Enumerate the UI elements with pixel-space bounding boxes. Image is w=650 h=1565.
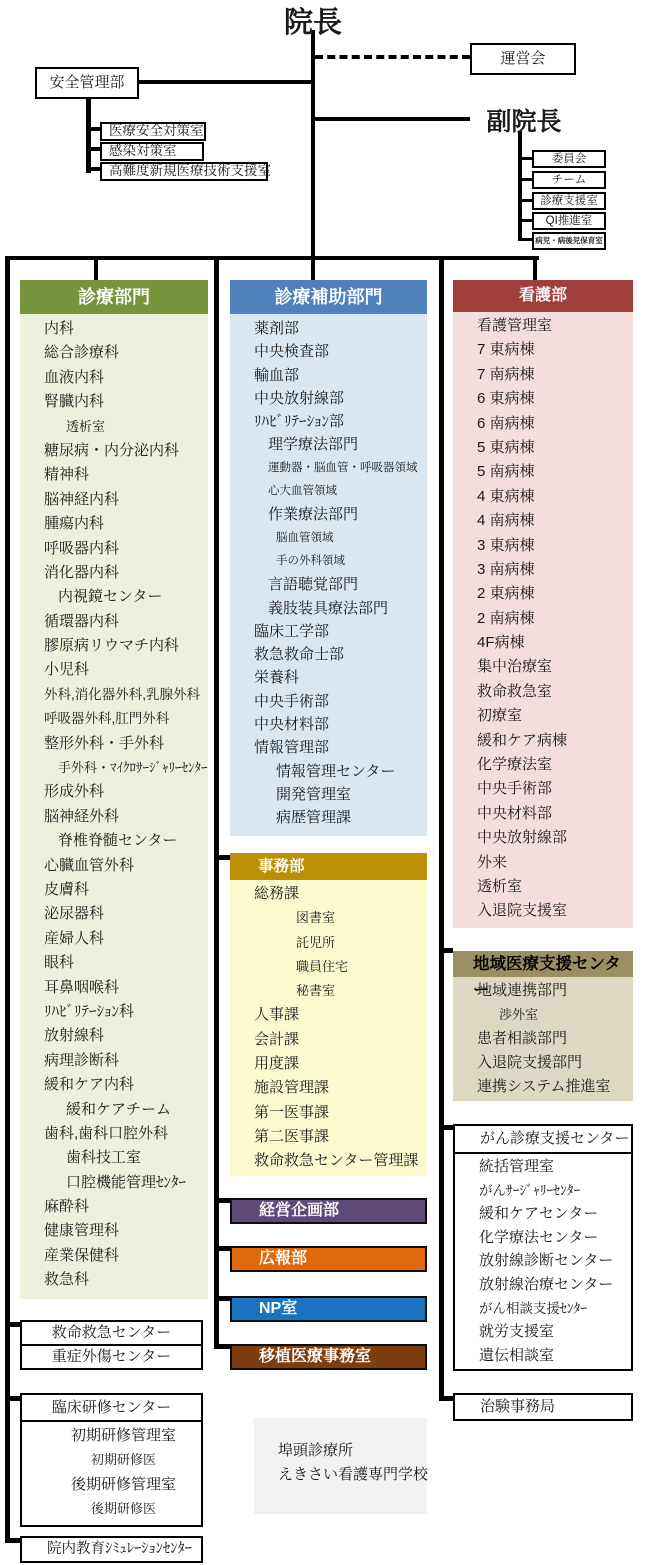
vice-child-box: QI推進室 [532, 212, 606, 230]
department-item: 情報管理部 [230, 736, 427, 759]
department-item: 脳血管領域 [230, 527, 427, 550]
department-item: 託児所 [230, 931, 427, 955]
connector-safety-stub-3 [86, 167, 100, 171]
department-item: 集中治療室 [453, 655, 633, 679]
department-item: 精神科 [20, 463, 208, 487]
medical-dept-header: 診療部門 [20, 280, 208, 314]
connector-vice-stub-3 [518, 199, 532, 202]
connector-vice-horizontal [313, 117, 470, 121]
department-item: 7 南病棟 [453, 363, 633, 387]
department-item: 就労支援室 [455, 1320, 631, 1344]
department-item: 透析室 [20, 415, 208, 439]
connector-stub-admin [214, 855, 230, 860]
department-item: 看護管理室 [453, 314, 633, 338]
connector-vice-stub-2 [518, 178, 532, 181]
np-office-band: NP室 [230, 1296, 427, 1322]
department-item: 中央放射線部 [453, 826, 633, 850]
connector-vice-stub-5 [518, 238, 532, 241]
department-item: 2 南病棟 [453, 607, 633, 631]
pr-dept-band: 広報部 [230, 1246, 427, 1272]
department-item: 心臓血管外科 [20, 854, 208, 878]
department-item: 渉外室 [453, 1003, 633, 1027]
department-item: 患者相談部門 [453, 1027, 633, 1051]
safety-child-box: 医療安全対策室 [100, 122, 206, 141]
department-item: 3 南病棟 [453, 558, 633, 582]
department-item: 呼吸器内科 [20, 537, 208, 561]
vice-child-box: チーム [532, 171, 606, 189]
department-item: 第二医事課 [230, 1125, 427, 1149]
department-item: 用度課 [230, 1052, 427, 1076]
department-item: 膠原病リウマチ内科 [20, 634, 208, 658]
trauma-center-box: 重症外傷センター [20, 1344, 203, 1370]
department-item: 放射線治療センター [455, 1273, 631, 1297]
department-item: 2 東病棟 [453, 582, 633, 606]
regional-center-header: 地域医療支援センター [453, 951, 633, 977]
department-item: 秘書室 [230, 979, 427, 1003]
connector-main-horizontal [5, 256, 539, 260]
department-item: 緩和ケアセンター [455, 1202, 631, 1226]
department-item: 遺伝相談室 [455, 1344, 631, 1368]
hospital-org-chart: 院長 運営会 安全管理部 医療安全対策室 感染対策室 高難度新規医療技術支援室 … [0, 0, 650, 1565]
department-item: 栄養科 [230, 666, 427, 689]
connector-safety-horizontal [138, 80, 313, 84]
department-item: 第一医事課 [230, 1101, 427, 1125]
vice-child-box: 診療支援室 [532, 192, 606, 210]
department-item: 産婦人科 [20, 927, 208, 951]
facility-item: えきさい看護専門学校 [254, 1463, 427, 1487]
training-center-list: 初期研修管理室初期研修医後期研修管理室後期研修医 [22, 1422, 201, 1525]
connector-vice-stub-1 [518, 157, 532, 160]
external-facilities-box: 埠頭診療所えきさい看護専門学校 [254, 1418, 427, 1514]
department-item: 手の外科領域 [230, 550, 427, 573]
transplant-office-band: 移植医療事務室 [230, 1344, 427, 1370]
department-item: 皮膚科 [20, 878, 208, 902]
department-item: 中央検査部 [230, 340, 427, 363]
connector-middle-spine [214, 256, 219, 1349]
department-item: 腎臓内科 [20, 390, 208, 414]
department-item: 放射線診断センター [455, 1249, 631, 1273]
department-item: 作業療法部門 [230, 503, 427, 526]
connector-left-spine [5, 256, 10, 1543]
planning-dept-band: 経営企画部 [230, 1198, 427, 1224]
department-item: がん相談支援ｾﾝﾀｰ [455, 1297, 631, 1321]
department-item: 3 東病棟 [453, 534, 633, 558]
training-item: 初期研修管理室 [22, 1424, 201, 1448]
department-item: 中央手術部 [453, 777, 633, 801]
department-item: 緩和ケア病棟 [453, 729, 633, 753]
connector-stub-band-1 [214, 1198, 230, 1203]
department-item: 5 東病棟 [453, 436, 633, 460]
department-item: 脳神経外科 [20, 805, 208, 829]
department-item: 連携システム推進室 [453, 1075, 633, 1099]
department-item: 6 東病棟 [453, 387, 633, 411]
department-item: 形成外科 [20, 780, 208, 804]
connector-vice-spine [518, 131, 522, 241]
department-item: 入退院支援室 [453, 899, 633, 923]
nursing-dept-list: 看護管理室7 東病棟7 南病棟6 東病棟6 南病棟5 東病棟5 南病棟4 東病棟… [453, 312, 633, 928]
connector-council-dashed [315, 55, 470, 59]
department-item: 開発管理室 [230, 783, 427, 806]
cancer-center-header: がん診療支援センター [455, 1126, 631, 1154]
department-item: 中央材料部 [453, 802, 633, 826]
department-item: 糖尿病・内分泌内科 [20, 439, 208, 463]
department-item: 透析室 [453, 875, 633, 899]
department-item: 耳鼻咽喉科 [20, 976, 208, 1000]
department-item: 地域連携部門 [453, 979, 633, 1003]
department-item: 健康管理科 [20, 1219, 208, 1243]
department-item: 職員住宅 [230, 955, 427, 979]
department-item: 緩和ケア内科 [20, 1073, 208, 1097]
training-center-box: 臨床研修センター 初期研修管理室初期研修医後期研修管理室後期研修医 [20, 1393, 203, 1527]
department-item: 化学療法センター [455, 1226, 631, 1250]
external-facilities-list: 埠頭診療所えきさい看護専門学校 [254, 1418, 427, 1488]
department-item: 循環器内科 [20, 610, 208, 634]
connector-stub-emergency [5, 1322, 20, 1327]
department-item: 4 東病棟 [453, 485, 633, 509]
department-item: 言語聴覚部門 [230, 573, 427, 596]
connector-right-spine [439, 256, 444, 1401]
department-item: 義肢装具療法部門 [230, 597, 427, 620]
medical-dept-column: 診療部門 内科総合診療科血液内科腎臓内科透析室糖尿病・内分泌内科精神科脳神経内科… [20, 280, 208, 1299]
department-item: 外来 [453, 851, 633, 875]
department-item: 歯科技工室 [20, 1146, 208, 1170]
connector-stub-band-3 [214, 1296, 230, 1301]
department-item: 麻酔科 [20, 1195, 208, 1219]
connector-stub-band-4 [214, 1344, 230, 1349]
connector-stub-cancer [439, 1125, 453, 1130]
council-box: 運営会 [470, 43, 576, 75]
training-center-header: 臨床研修センター [22, 1395, 201, 1422]
training-item: 後期研修医 [22, 1497, 201, 1521]
training-item: 後期研修管理室 [22, 1473, 201, 1497]
department-item: 脊椎脊髄センター [20, 829, 208, 853]
department-item: 化学療法室 [453, 753, 633, 777]
department-item: 整形外科・手外科 [20, 732, 208, 756]
department-item: 口腔機能管理ｾﾝﾀｰ [20, 1171, 208, 1195]
department-item: 5 南病棟 [453, 460, 633, 484]
department-item: 施設管理課 [230, 1076, 427, 1100]
department-item: 運動器・脳血管・呼吸器領域 [230, 457, 427, 480]
department-item: 会計課 [230, 1028, 427, 1052]
connector-stub-training [5, 1396, 20, 1401]
department-item: 救命救急室 [453, 680, 633, 704]
cancer-center-box: がん診療支援センター 統括管理室がんｻｰｼﾞｬﾘｰｾﾝﾀｰ緩和ケアセンター化学療… [453, 1124, 633, 1371]
department-item: 病理診断科 [20, 1049, 208, 1073]
connector-vice-stub-4 [518, 219, 532, 222]
department-item: 輸血部 [230, 364, 427, 387]
trial-office-box: 治験事務局 [453, 1393, 633, 1421]
department-item: 4F病棟 [453, 631, 633, 655]
medical-dept-list: 内科総合診療科血液内科腎臓内科透析室糖尿病・内分泌内科精神科脳神経内科腫瘍内科呼… [20, 314, 208, 1299]
department-item: 消化器内科 [20, 561, 208, 585]
support-dept-header: 診療補助部門 [230, 280, 427, 314]
emergency-center-box: 救命救急センター [20, 1320, 203, 1346]
department-item: 理学療法部門 [230, 433, 427, 456]
admin-dept-list: 総務課図書室託児所職員住宅秘書室人事課会計課用度課施設管理課第一医事課第二医事課… [230, 880, 427, 1176]
department-item: ﾘﾊﾋﾞﾘﾃｰｼｮﾝ部 [230, 410, 427, 433]
department-item: 外科,消化器外科,乳腺外科 [20, 683, 208, 707]
vice-child-box: 病児・病後児保育室 [532, 232, 606, 250]
department-item: 小児科 [20, 658, 208, 682]
department-item: 眼科 [20, 951, 208, 975]
director-title: 院長 [258, 0, 368, 41]
connector-safety-spine [86, 98, 91, 173]
support-dept-column: 診療補助部門 薬剤部中央検査部輸血部中央放射線部ﾘﾊﾋﾞﾘﾃｰｼｮﾝ部理学療法部… [230, 280, 427, 836]
department-item: 腫瘍内科 [20, 512, 208, 536]
support-dept-list: 薬剤部中央検査部輸血部中央放射線部ﾘﾊﾋﾞﾘﾃｰｼｮﾝ部理学療法部門運動器・脳血… [230, 314, 427, 836]
department-item: ﾘﾊﾋﾞﾘﾃｰｼｮﾝ科 [20, 1000, 208, 1024]
connector-stub-trial [439, 1396, 453, 1401]
department-item: 救急救命士部 [230, 643, 427, 666]
department-item: 情報管理センター [230, 760, 427, 783]
department-item: 産業保健科 [20, 1244, 208, 1268]
simulation-center-box: 院内教育ｼﾐｭﾚｰｼｮﾝｾﾝﾀｰ [20, 1536, 203, 1563]
department-item: 歯科,歯科口腔外科 [20, 1122, 208, 1146]
department-item: 放射線科 [20, 1024, 208, 1048]
department-item: 総務課 [230, 882, 427, 906]
facility-item: 埠頭診療所 [254, 1439, 427, 1463]
department-item: 中央材料部 [230, 713, 427, 736]
department-item: 心大血管領域 [230, 480, 427, 503]
department-item: 血液内科 [20, 366, 208, 390]
department-item: 病歴管理課 [230, 806, 427, 829]
department-item: 4 南病棟 [453, 509, 633, 533]
department-item: 総合診療科 [20, 341, 208, 365]
admin-dept-column: 事務部 総務課図書室託児所職員住宅秘書室人事課会計課用度課施設管理課第一医事課第… [230, 853, 427, 1176]
department-item: 6 南病棟 [453, 412, 633, 436]
connector-stub-regional [439, 948, 453, 953]
department-item: 統括管理室 [455, 1155, 631, 1179]
connector-safety-stub-1 [86, 127, 100, 131]
department-item: 内視鏡センター [20, 585, 208, 609]
department-item: 救命救急センター管理課 [230, 1149, 427, 1173]
safety-child-box: 高難度新規医療技術支援室 [100, 162, 268, 181]
department-item: がんｻｰｼﾞｬﾘｰｾﾝﾀｰ [455, 1179, 631, 1203]
regional-center-column: 地域医療支援センター 地域連携部門渉外室患者相談部門入退院支援部門連携システム推… [453, 951, 633, 1101]
department-item: 内科 [20, 317, 208, 341]
department-item: 脳神経内科 [20, 488, 208, 512]
vice-director-title: 副院長 [478, 102, 570, 138]
connector-director-trunk [311, 30, 315, 281]
connector-safety-stub-2 [86, 147, 100, 151]
training-item: 初期研修医 [22, 1448, 201, 1472]
department-item: 薬剤部 [230, 317, 427, 340]
vice-child-box: 委員会 [532, 150, 606, 168]
nursing-dept-header: 看護部 [453, 280, 633, 312]
connector-drop-medical [94, 258, 98, 282]
department-item: 泌尿器科 [20, 902, 208, 926]
safety-dept-box: 安全管理部 [35, 67, 139, 99]
nursing-dept-column: 看護部 看護管理室7 東病棟7 南病棟6 東病棟6 南病棟5 東病棟5 南病棟4… [453, 280, 633, 928]
department-item: 呼吸器外科,肛門外科 [20, 707, 208, 731]
connector-stub-simulation [5, 1538, 20, 1543]
connector-stub-band-2 [214, 1246, 230, 1251]
cancer-center-list: 統括管理室がんｻｰｼﾞｬﾘｰｾﾝﾀｰ緩和ケアセンター化学療法センター放射線診断セ… [455, 1154, 631, 1369]
department-item: 緩和ケアチーム [20, 1098, 208, 1122]
department-item: 7 東病棟 [453, 338, 633, 362]
department-item: 人事課 [230, 1003, 427, 1027]
safety-child-box: 感染対策室 [100, 142, 204, 161]
connector-drop-nursing [533, 256, 537, 282]
department-item: 中央放射線部 [230, 387, 427, 410]
department-item: 中央手術部 [230, 690, 427, 713]
admin-dept-header: 事務部 [230, 853, 427, 880]
department-item: 臨床工学部 [230, 620, 427, 643]
regional-center-list: 地域連携部門渉外室患者相談部門入退院支援部門連携システム推進室 [453, 977, 633, 1101]
department-item: 救急科 [20, 1268, 208, 1292]
department-item: 初療室 [453, 704, 633, 728]
department-item: 入退院支援部門 [453, 1051, 633, 1075]
department-item: 図書室 [230, 906, 427, 930]
department-item: 手外科・ﾏｲｸﾛｻｰｼﾞｬﾘｰｾﾝﾀｰ [20, 756, 208, 780]
